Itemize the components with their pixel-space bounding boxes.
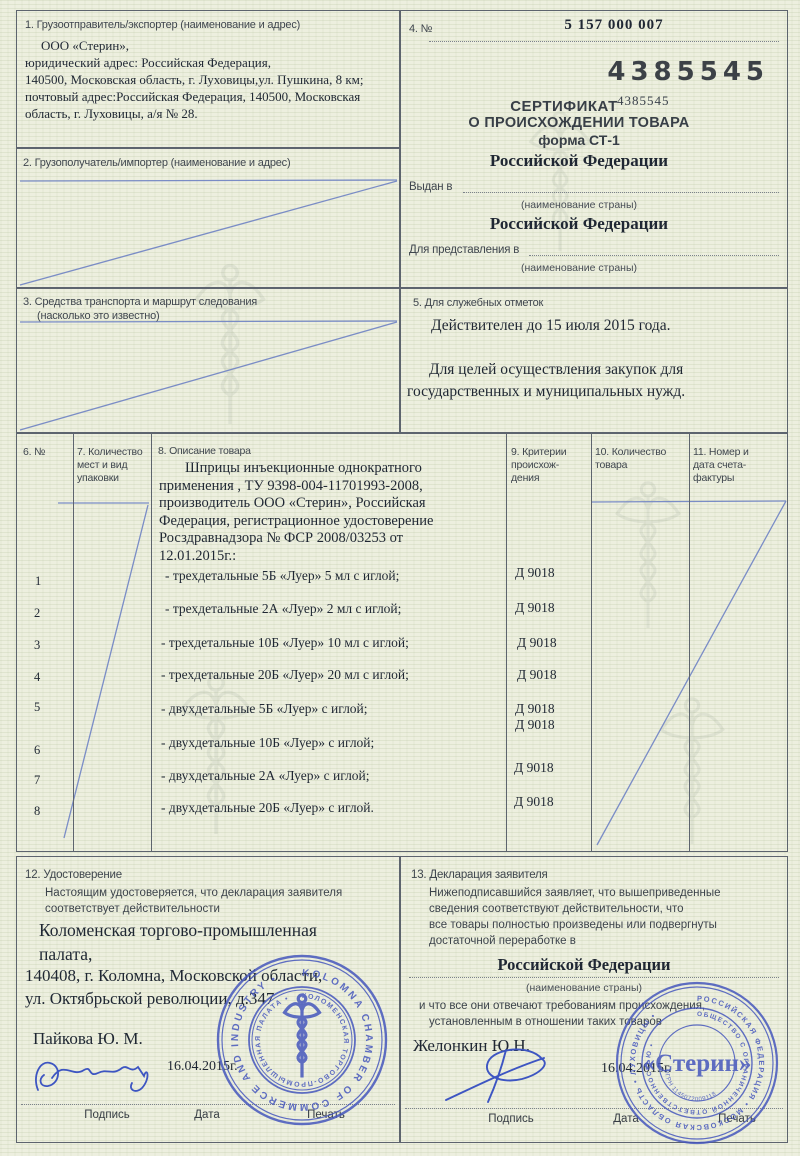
description-line: применения , ТУ 9398-004-11701993-2008,: [159, 478, 505, 496]
box12-label: 12. Удостоверение: [25, 869, 122, 881]
header-col11-line: дата счета-: [693, 459, 749, 472]
row-number: 4: [34, 670, 40, 685]
country-leader: [409, 964, 779, 978]
valid-until-line: Действителен до 15 июля 2015 года.: [431, 317, 671, 335]
country-issuer: Российской Федерации: [401, 151, 757, 171]
header-col7-line: упаковки: [77, 472, 142, 485]
box12-subtext-2: соответствует действительности: [45, 901, 220, 917]
presentation-leader: [529, 242, 779, 256]
declaration-line: Нижеподписавшийся заявляет, что вышеприв…: [429, 885, 720, 901]
declarant-name: Желонкин Ю.Н.: [413, 1036, 530, 1056]
header-col8: 8. Описание товара: [158, 445, 251, 458]
row-number: 3: [34, 638, 40, 653]
country-hint-2: (наименование страны): [401, 262, 757, 274]
consignor-line: почтовый адрес:Российская Федерация, 140…: [25, 89, 360, 105]
box3-label: 3. Средства транспорта и маршрут следова…: [23, 296, 257, 308]
title-form: форма СТ-1: [401, 132, 757, 148]
header-col9-line: дения: [511, 472, 566, 485]
description-line: производитель ООО «Стерин», Российская: [159, 495, 505, 513]
issued-in-leader: [463, 179, 779, 193]
consignor-line: юридический адрес: Российская Федерация,: [25, 55, 271, 71]
row-number: 8: [34, 804, 40, 819]
header-col10: 10. Количество товара: [595, 446, 666, 472]
header-col7-line: мест и вид: [77, 459, 142, 472]
country-hint-1: (наименование страны): [401, 199, 757, 211]
box-official-marks: 5. Для служебных отметок Действителен до…: [400, 288, 788, 433]
header-col10-line: товара: [595, 459, 666, 472]
chamber-line: Коломенская торгово-промышленная: [39, 920, 317, 941]
issued-in-label: Выдан в: [409, 181, 452, 193]
origin-criteria: Д 9018: [515, 600, 555, 616]
header-col7-line: 7. Количество: [77, 446, 142, 459]
origin-criteria: Д 9018: [515, 565, 555, 581]
presentation-label: Для представления в: [409, 244, 519, 256]
box-certification: 12. Удостоверение Настоящим удостоверяет…: [16, 856, 400, 1143]
chamber-line: ул. Октябрьской революции, д.347: [25, 989, 274, 1009]
sign-caption: Подпись: [461, 1113, 561, 1125]
header-col6: 6. №: [23, 446, 45, 459]
box-transport: 3. Средства транспорта и маршрут следова…: [16, 288, 400, 433]
consignor-line: 140500, Московская область, г. Луховицы,…: [25, 72, 363, 88]
goods-table: 6. № 7. Количество мест и вид упаковки 8…: [16, 433, 788, 852]
header-col9-line: 9. Критерии: [511, 446, 566, 459]
origin-criteria: Д 9018: [514, 794, 554, 810]
column-divider: [591, 434, 592, 851]
box-certificate-head: 4. № 5 157 000 007 4385545 4385545 СЕРТИ…: [400, 10, 788, 288]
date-caption: Дата: [596, 1113, 656, 1125]
description-line: Росздравнадзора № ФСР 2008/03253 от: [159, 530, 505, 548]
item-desc: - трехдетальные 10Б «Луер» 10 мл с иглой…: [161, 635, 409, 651]
seal-caption: Печать: [697, 1113, 777, 1125]
declaration-line: сведения соответствуют действительности,…: [429, 901, 684, 917]
purpose-line-1: Для целей осуществления закупок для: [429, 361, 683, 379]
box12-subtext-1: Настоящим удостоверяется, что декларация…: [45, 885, 342, 901]
column-divider: [73, 434, 74, 851]
column-divider: [689, 434, 690, 851]
description-line: Шприцы инъекционные однократного: [159, 460, 505, 478]
declaration-date: 16.04.2015г.: [601, 1061, 672, 1077]
chamber-line: палата,: [39, 944, 92, 965]
title-origin: О ПРОИСХОЖДЕНИИ ТОВАРА: [401, 115, 757, 131]
description-line: 12.01.2015г.:: [159, 548, 505, 566]
box1-label: 1. Грузоотправитель/экспортер (наименова…: [25, 19, 300, 31]
title-certificate: СЕРТИФИКАТ: [401, 98, 727, 115]
signature-line: [21, 1091, 395, 1105]
purpose-line-2: государственных и муниципальных нужд.: [407, 383, 685, 401]
box13-label: 13. Декларация заявителя: [411, 869, 548, 881]
item-desc: - трехдетальные 5Б «Луер» 5 мл с иглой;: [165, 568, 399, 584]
item-desc: - двухдетальные 5Б «Луер» с иглой;: [161, 701, 368, 717]
box3-label2: (насколько это известно): [37, 310, 160, 322]
item-desc: - двухдетальные 20Б «Луер» с иглой.: [161, 800, 374, 816]
row-number: 1: [35, 574, 41, 589]
signature-line: [405, 1095, 783, 1109]
item-desc: - трехдетальные 20Б «Луер» 20 мл с иглой…: [161, 667, 409, 683]
date-caption: Дата: [167, 1109, 247, 1121]
country-hint: (наименование страны): [401, 982, 767, 994]
header-col9: 9. Критерии происхож- дения: [511, 446, 566, 485]
certifier-name: Пайкова Ю. М.: [33, 1029, 143, 1049]
column-divider: [151, 434, 152, 851]
item-desc: - двухдетальные 2А «Луер» с иглой;: [161, 768, 370, 784]
declaration-line-6: установленным в отношении таких товаров: [429, 1014, 662, 1030]
origin-criteria: Д 9018: [515, 701, 555, 717]
row-number: 7: [34, 773, 40, 788]
country-issued: Российской Федерации: [401, 214, 757, 234]
origin-criteria: Д 9018: [514, 760, 554, 776]
seal-caption: Печать: [281, 1109, 371, 1121]
header-col11-line: 11. Номер и: [693, 446, 749, 459]
item-desc: - трехдетальные 2А «Луер» 2 мл с иглой;: [165, 601, 401, 617]
origin-criteria: Д 9018: [517, 635, 557, 651]
box-consignor: 1. Грузоотправитель/экспортер (наименова…: [16, 10, 400, 148]
description-line: Федерация, регистрационное удостоверение: [159, 513, 505, 531]
item-desc: - двухдетальные 10Б «Луер» с иглой;: [161, 735, 374, 751]
row-number: 5: [34, 700, 40, 715]
consignor-line: область, г. Луховицы, а/я № 28.: [25, 106, 198, 122]
row-number: 6: [34, 743, 40, 758]
origin-criteria: Д 9018: [515, 717, 555, 733]
declaration-line-5: и что все они отвечают требованиям проис…: [419, 998, 705, 1014]
declaration-line: достаточной переработке в: [429, 933, 576, 949]
header-col10-line: 10. Количество: [595, 446, 666, 459]
goods-description: Шприцы инъекционные однократного примене…: [159, 460, 505, 565]
header-col11-line: фактуры: [693, 472, 749, 485]
header-col7: 7. Количество мест и вид упаковки: [77, 446, 142, 485]
sign-caption: Подпись: [57, 1109, 157, 1121]
box2-label: 2. Грузополучатель/импортер (наименовани…: [23, 157, 290, 169]
certificate-big-number: 4385545: [607, 57, 769, 87]
certificate-page: 1. Грузоотправитель/экспортер (наименова…: [0, 0, 800, 1156]
row-number: 2: [34, 606, 40, 621]
box-declaration: 13. Декларация заявителя Нижеподписавший…: [400, 856, 788, 1143]
declaration-line: все товары полностью произведены или под…: [429, 917, 717, 933]
origin-criteria: Д 9018: [517, 667, 557, 683]
column-divider: [506, 434, 507, 851]
header-col9-line: происхож-: [511, 459, 566, 472]
box-consignee: 2. Грузополучатель/импортер (наименовани…: [16, 148, 400, 288]
header-col11: 11. Номер и дата счета- фактуры: [693, 446, 749, 485]
chamber-line: 140408, г. Коломна, Московской области,: [25, 966, 322, 986]
box5-label: 5. Для служебных отметок: [413, 297, 543, 309]
serial-leader-line: [429, 28, 779, 42]
consignor-name: ООО «Стерин»,: [41, 38, 129, 54]
certification-date: 16.04.2015г.: [167, 1059, 238, 1075]
